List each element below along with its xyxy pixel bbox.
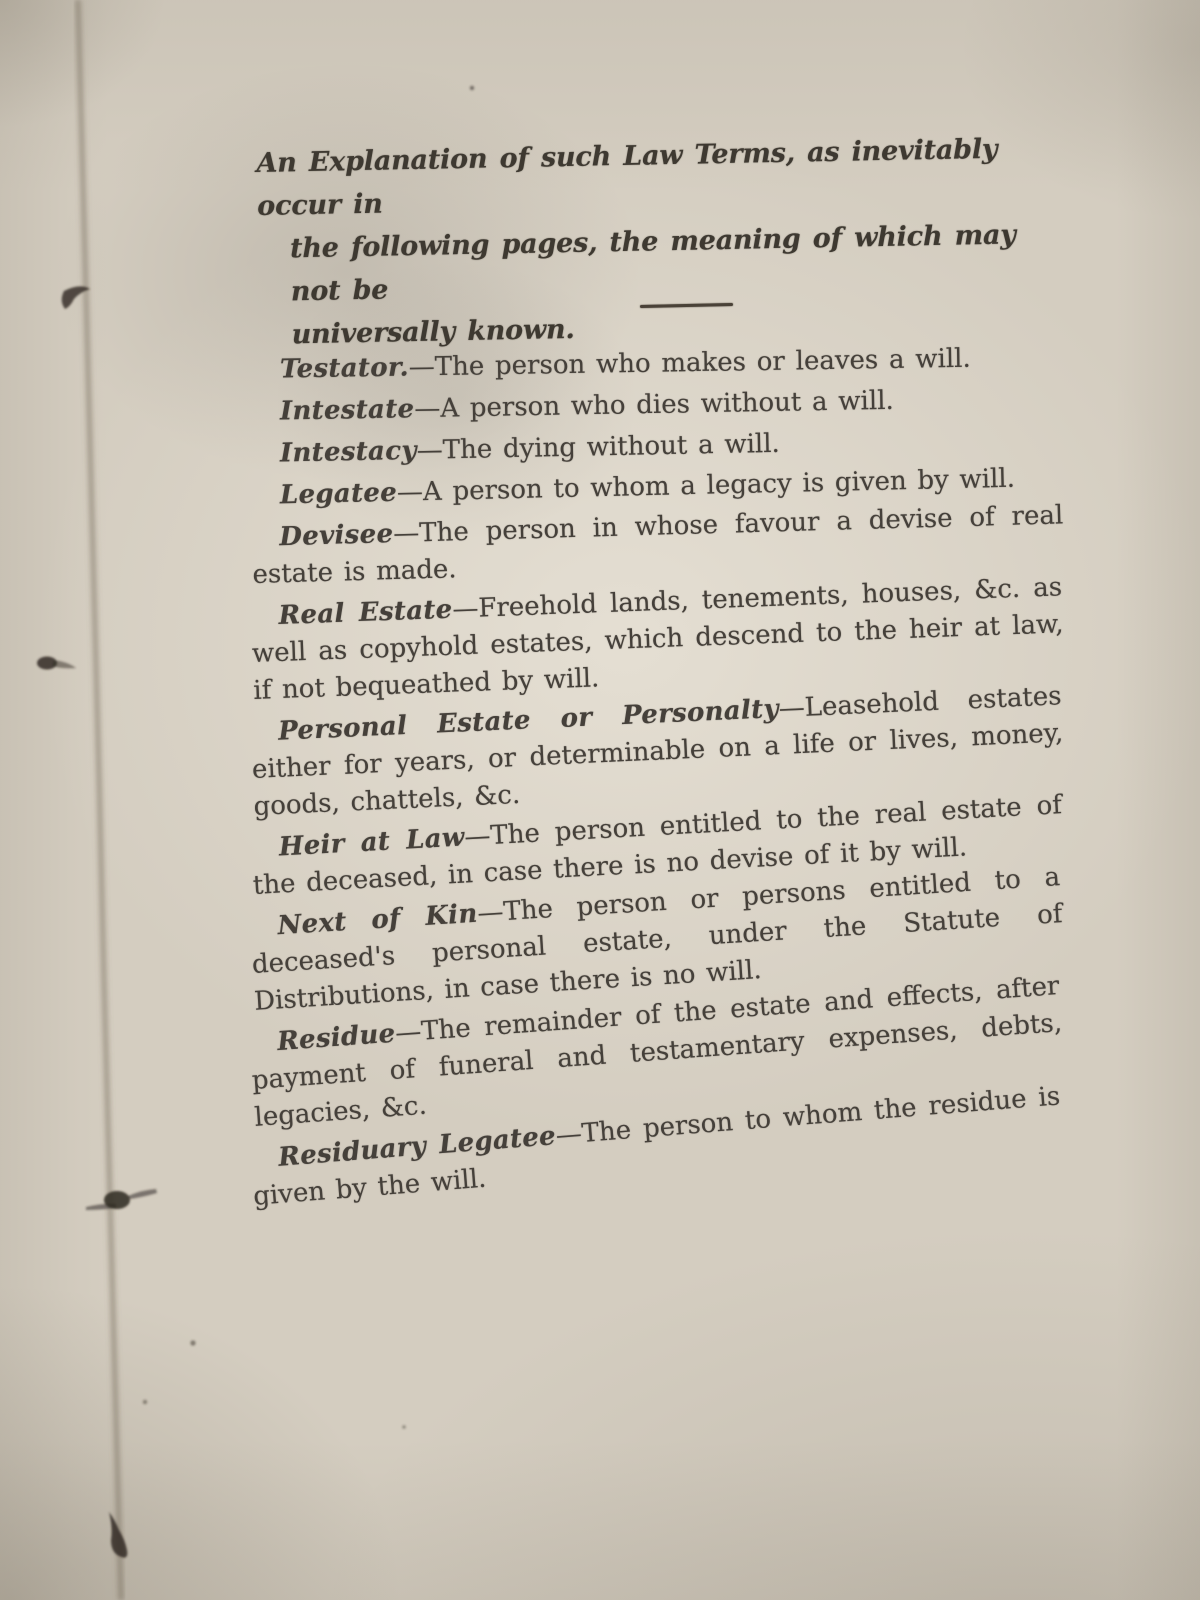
ink-speck-1 [470,86,474,90]
heading-line-2: the following pages, the meaning of whic… [290,212,1070,313]
definition-term: Testator. [280,353,409,385]
definition-body: —The person who makes or leaves a will. [409,344,971,383]
page-heading: An Explanation of such Law Terms, as ine… [256,126,1070,357]
binding-crease-shadow [78,0,121,1600]
definition-body: —The dying without a will. [416,429,780,466]
definition-term: Heir at Law [278,822,465,862]
definitions-list: Testator.—The person who makes or leaves… [252,352,1064,1221]
heading-line-1: An Explanation of such Law Terms, as ine… [256,134,998,222]
definition-term: Intestate [280,394,415,426]
ink-speck-3 [143,1400,147,1404]
definition-term: Residue [276,1019,396,1057]
definition-term: Real Estate [278,595,453,631]
stitch-mark-2-tail [52,660,76,668]
definition-term: Next of Kin [277,899,479,942]
ink-speck-2 [190,1340,195,1345]
book-page-photo: An Explanation of such Law Terms, as ine… [0,0,1200,1600]
definition-term: Intestacy [280,436,417,469]
definition-term: Legatee [280,478,398,511]
definition-term: Devisee [279,519,394,552]
ink-speck-4 [402,1425,406,1429]
definition-body: —A person who dies without a will. [414,386,894,424]
